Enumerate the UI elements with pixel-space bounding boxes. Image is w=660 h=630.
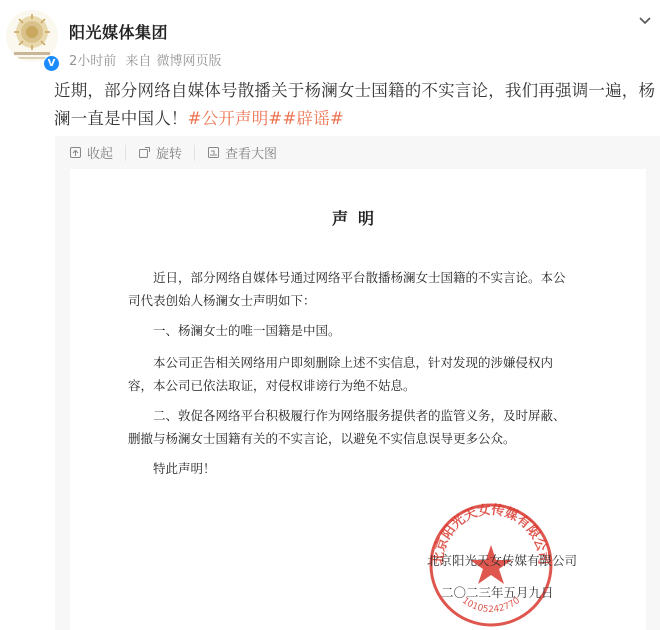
hashtag-public-statement[interactable]: #公开声明# <box>188 109 283 128</box>
signature-company: 北京阳光天女传媒有限公司 <box>427 551 577 569</box>
rotate-button[interactable]: 旋转 <box>138 143 192 162</box>
hashtag-rumor-refute[interactable]: #辟谣# <box>282 109 343 128</box>
post-meta: 2小时前 来自微博网页版 <box>69 50 226 69</box>
document-paragraph: 二、敦促各网络平台积极履行作为网络服务提供者的监管义务，及时屏蔽、删撤与杨澜女士… <box>128 404 568 450</box>
post-body: 近期，部分网络自媒体号散播关于杨澜女士国籍的不实言论，我们再强调一遍，杨澜一直是… <box>54 77 658 133</box>
post-source[interactable]: 微博网页版 <box>156 54 221 69</box>
media-panel: 收起 旋转 查看大图 声明 近日，部分网络自媒体号通过网络平台散播杨澜女士国籍的… <box>55 136 660 630</box>
collapse-label: 收起 <box>87 143 113 162</box>
post-text: 近期，部分网络自媒体号散播关于杨澜女士国籍的不实言论，我们再强调一遍，杨澜一直是… <box>54 81 655 128</box>
toolbar-divider <box>194 145 195 161</box>
document-paragraph: 近日，部分网络自媒体号通过网络平台散播杨澜女士国籍的不实言论。本公司代表创始人杨… <box>128 266 568 312</box>
toolbar-divider <box>125 145 126 161</box>
chevron-down-icon[interactable] <box>638 15 652 25</box>
author-name[interactable]: 阳光媒体集团 <box>69 20 168 43</box>
view-large-button[interactable]: 查看大图 <box>207 143 287 162</box>
post-time[interactable]: 2小时前 <box>69 54 116 69</box>
signature-date: 二〇二三年五月九日 <box>441 583 554 601</box>
source-prefix: 来自 <box>125 54 151 69</box>
document-paragraph: 特此声明！ <box>128 457 568 480</box>
view-large-label: 查看大图 <box>225 143 277 162</box>
document-paragraph: 一、杨澜女士的唯一国籍是中国。 <box>128 319 568 342</box>
statement-document-image[interactable]: 声明 近日，部分网络自媒体号通过网络平台散播杨澜女士国籍的不实言论。本公司代表创… <box>70 169 646 630</box>
view-large-image-icon <box>207 146 220 159</box>
rotate-label: 旋转 <box>156 143 182 162</box>
collapse-icon <box>69 146 82 159</box>
rotate-icon <box>138 146 151 159</box>
media-toolbar: 收起 旋转 查看大图 <box>69 136 287 169</box>
verified-badge-icon: V <box>43 55 60 72</box>
document-paragraph: 本公司正告相关网络用户即刻删除上述不实信息，针对发现的涉嫌侵权内容，本公司已依法… <box>128 351 568 397</box>
document-title: 声明 <box>70 206 646 229</box>
collapse-button[interactable]: 收起 <box>69 143 123 162</box>
